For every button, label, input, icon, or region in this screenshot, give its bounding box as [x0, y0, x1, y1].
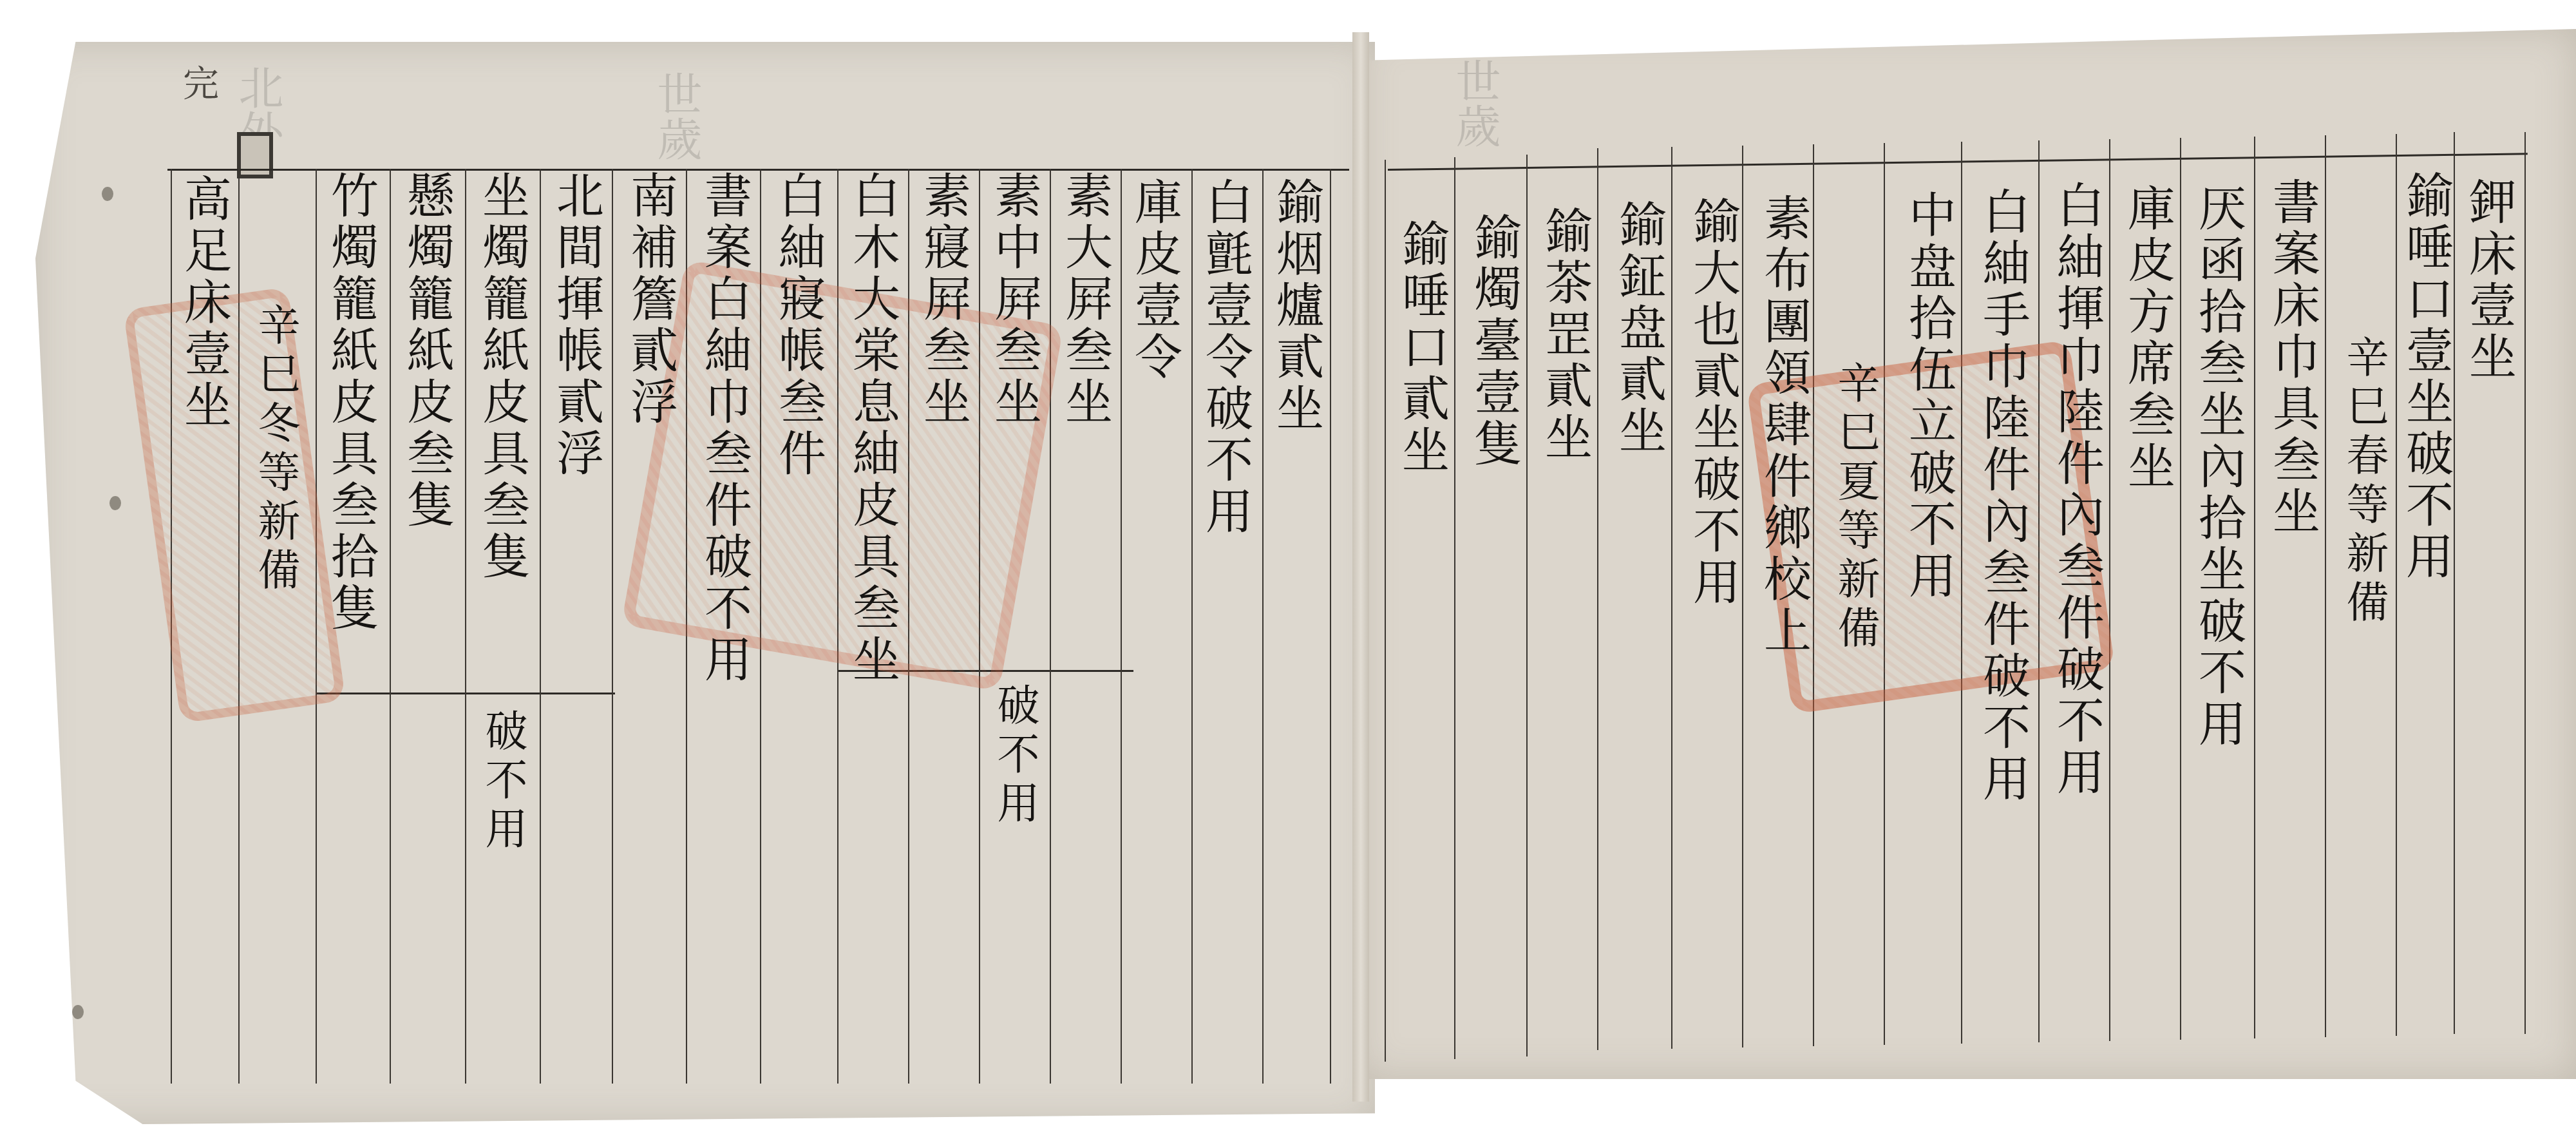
ledger-entry: 鍮鉦盘貳坐 — [1610, 200, 1668, 457]
bleed-through-text: 世歲 — [644, 71, 709, 161]
bleed-through-text: 世歲 — [1443, 58, 1508, 148]
ledger-entry: 懸燭籠紙皮叁隻 — [398, 171, 456, 531]
rule-line — [2180, 138, 2181, 1040]
ledger-entry: 中盘拾伍立破不用 — [1900, 190, 1958, 602]
ledger-entry: 白紬寢帳叁件 — [770, 171, 828, 480]
ledger-note: 破不用 — [985, 683, 1043, 830]
ledger-entry: 素布團領肆件鄉校上 — [1755, 193, 1813, 657]
rule-line — [1671, 147, 1672, 1049]
ledger-entry: 鍮唾口壹坐破不用 — [2397, 171, 2455, 583]
ledger-entry: 鍮大也貳坐破不用 — [1684, 196, 1742, 609]
ledger-entry: 白紬揮巾陸件內叁件破不用 — [2048, 180, 2106, 799]
rule-line — [2325, 135, 2326, 1037]
ledger-entry: 素中屛叁坐 — [985, 171, 1043, 428]
rule-line — [1330, 169, 1331, 1084]
rule-line — [540, 169, 541, 1084]
rule-line — [1597, 148, 1598, 1050]
binding-hole — [109, 496, 121, 510]
rule-line — [465, 169, 466, 1084]
rule-line — [2254, 137, 2255, 1038]
rule-line — [1385, 160, 1386, 1062]
ledger-date-entry: 辛巳夏等新備 — [1826, 361, 1884, 655]
rule-line — [2524, 132, 2526, 1034]
rule-line — [1121, 169, 1122, 1084]
binding-hole — [102, 187, 113, 201]
ledger-entry: 鍮燭臺壹隻 — [1465, 213, 1523, 470]
ledger-entry: 素寢屛叁坐 — [914, 171, 972, 428]
tab-marker — [237, 132, 273, 178]
ledger-entry: 白木大棠息紬皮具叁坐 — [844, 171, 902, 686]
ledger-date-entry: 辛巳冬等新備 — [246, 303, 304, 597]
rule-line — [1050, 169, 1051, 1084]
ledger-entry: 鍮茶罡貳坐 — [1536, 206, 1594, 464]
binding-hole — [72, 1005, 84, 1019]
ledger-entry: 白紬手巾陸件內叁件破不用 — [1974, 187, 2032, 805]
ledger-entry: 白氈壹令破不用 — [1197, 177, 1255, 538]
ledger-entry: 鍮烟爐貳坐 — [1267, 177, 1325, 435]
ledger-entry: 厌函拾叁坐內拾坐破不用 — [2190, 184, 2248, 750]
rule-line — [2109, 139, 2110, 1041]
ledger-entry: 南補簷貳浮 — [621, 171, 679, 428]
ledger-entry: 坐燭籠紙皮具叁隻 — [473, 171, 531, 583]
ledger-entry: 鍮唾口貳坐 — [1393, 219, 1451, 477]
ledger-entry: 庫皮方席叁坐 — [2119, 184, 2177, 493]
ledger-entry: 書案床巾具叁坐 — [2264, 177, 2322, 538]
rule-line — [390, 169, 391, 1084]
ledger-entry: 鉀床壹坐 — [2460, 177, 2518, 383]
ledger-note: 破不用 — [473, 709, 531, 856]
ledger-entry: 書案白紬巾叁件破不用 — [696, 171, 753, 686]
book-spine — [1352, 32, 1369, 1102]
ledger-entry: 高足床壹坐 — [175, 174, 233, 432]
rule-line — [1262, 169, 1264, 1084]
ledger-entry: 竹燭籠紙皮具叁拾隻 — [322, 171, 380, 635]
rule-line — [1191, 169, 1193, 1084]
ledger-entry: 北間揮帳貳浮 — [547, 171, 605, 480]
rule-line — [1454, 157, 1455, 1059]
ledger-date-entry: 辛巳春等新備 — [2334, 335, 2392, 629]
rule-line — [1526, 155, 1528, 1056]
margin-note: 完 — [169, 64, 227, 107]
rule-line — [1742, 146, 1743, 1047]
rule-line — [612, 169, 613, 1084]
ledger-entry: 素大屛叁坐 — [1056, 171, 1114, 428]
ledger-entry: 庫皮壹令 — [1126, 177, 1184, 383]
